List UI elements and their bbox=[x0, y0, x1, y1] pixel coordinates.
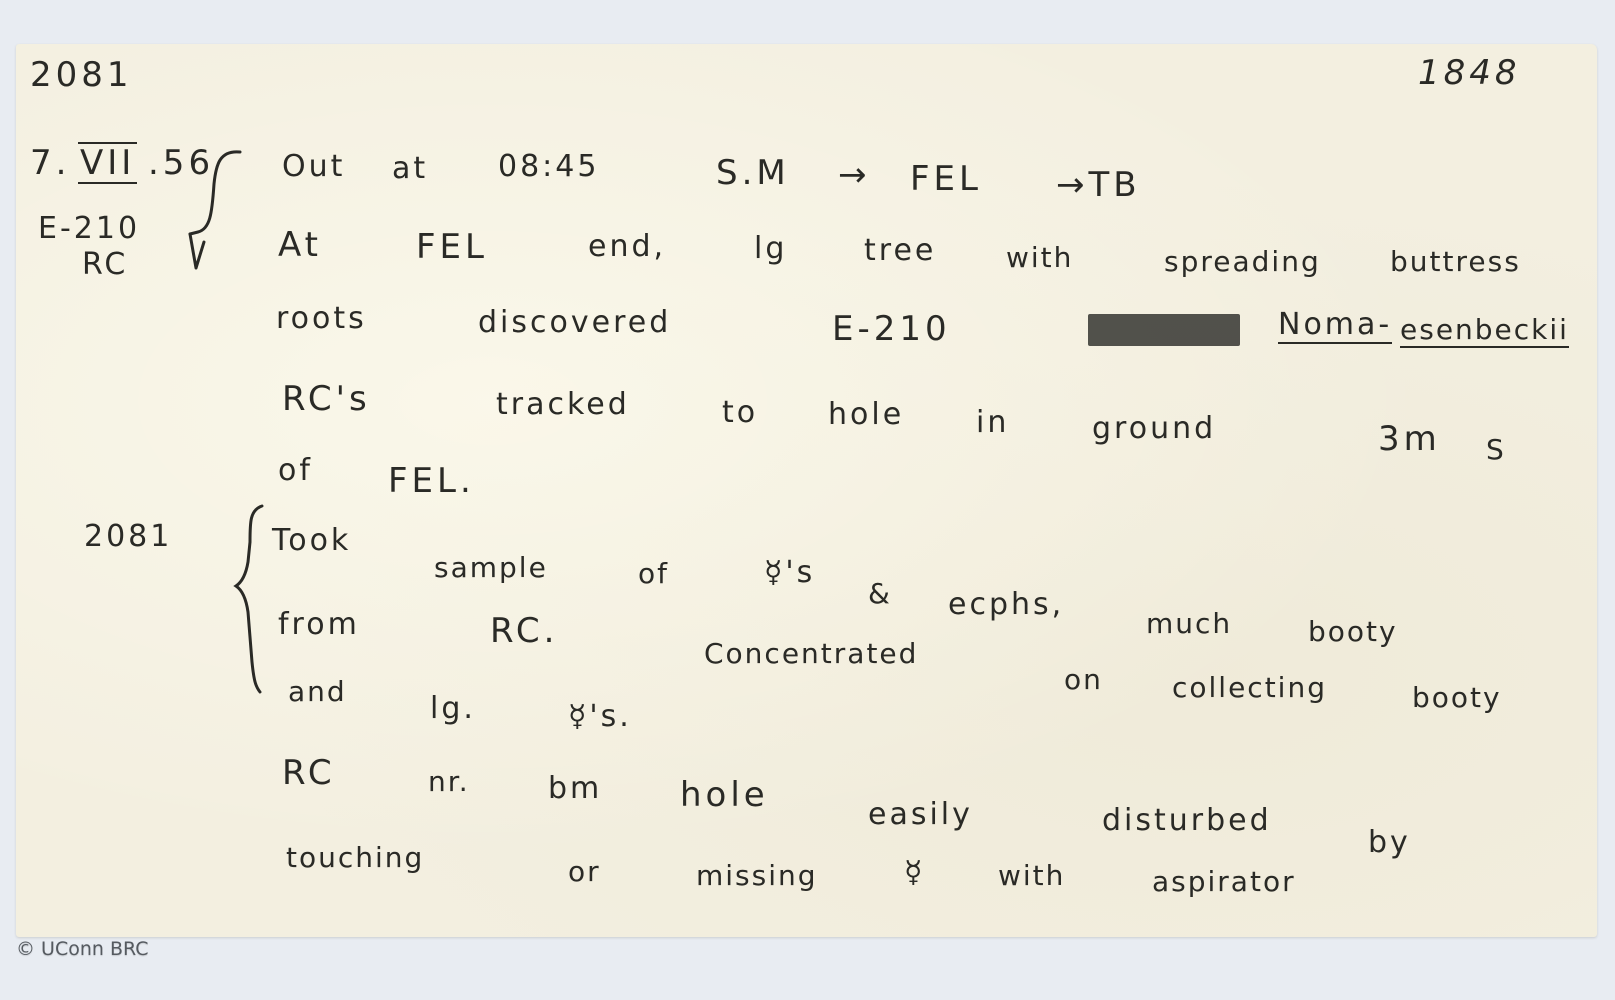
word: FEL bbox=[910, 162, 982, 196]
word: Out bbox=[282, 152, 345, 182]
word: to bbox=[722, 398, 758, 428]
archival-index-card: 2081 1848 7. VII .56 E-210 RC Out at 08:… bbox=[16, 44, 1597, 937]
word: S bbox=[1486, 436, 1506, 464]
word: ecphs, bbox=[948, 590, 1064, 620]
word: hole bbox=[828, 400, 904, 430]
curved-arrow-icon bbox=[176, 144, 246, 284]
date-day: 7. bbox=[30, 146, 70, 180]
word: E-210 bbox=[832, 312, 951, 346]
word: At bbox=[278, 228, 322, 262]
word: by bbox=[1368, 828, 1411, 858]
crossed-out-word bbox=[1088, 314, 1240, 346]
word: of bbox=[278, 456, 313, 486]
word: ground bbox=[1092, 414, 1216, 444]
word: tracked bbox=[496, 390, 630, 420]
margin-species-code: RC bbox=[82, 250, 128, 280]
word: easily bbox=[868, 800, 973, 830]
word: lg bbox=[754, 234, 787, 264]
word: →TB bbox=[1056, 168, 1141, 202]
date-month: VII bbox=[78, 142, 137, 184]
word: & bbox=[868, 580, 892, 608]
word: roots bbox=[276, 304, 367, 334]
word: missing bbox=[696, 862, 818, 890]
arrow-icon: → bbox=[838, 158, 871, 192]
copyright-notice: © UConn BRC bbox=[16, 938, 149, 960]
word: booty bbox=[1412, 684, 1502, 712]
word: booty bbox=[1308, 618, 1398, 646]
word: RC bbox=[282, 756, 336, 790]
word: bm bbox=[548, 774, 602, 804]
word: collecting bbox=[1172, 674, 1327, 702]
entry-number: 2081 bbox=[84, 522, 172, 552]
brace-icon bbox=[228, 502, 268, 702]
word: buttress bbox=[1390, 248, 1521, 276]
worker-symbol-icon: ☿'s bbox=[764, 558, 815, 588]
word: lg. bbox=[430, 694, 476, 724]
word: end, bbox=[588, 232, 666, 262]
word: sample bbox=[434, 554, 548, 582]
worker-symbol-icon: ☿ bbox=[904, 858, 925, 888]
word: in bbox=[976, 408, 1009, 438]
species-name: esenbeckii bbox=[1400, 316, 1569, 348]
word: touching bbox=[286, 844, 424, 872]
word: much bbox=[1146, 610, 1232, 638]
word: and bbox=[288, 678, 347, 706]
genus-name: Noma- bbox=[1278, 310, 1392, 344]
word: with bbox=[1006, 244, 1073, 272]
word: S.M bbox=[716, 156, 790, 190]
word: discovered bbox=[478, 308, 671, 338]
word: disturbed bbox=[1102, 806, 1272, 836]
word: of bbox=[638, 560, 669, 588]
word: RC. bbox=[490, 614, 558, 648]
word: hole bbox=[680, 778, 769, 812]
catalog-number-left: 2081 bbox=[30, 58, 133, 92]
word: with bbox=[998, 862, 1065, 890]
word: RC's bbox=[282, 382, 371, 416]
word: FEL. bbox=[388, 464, 475, 498]
word: 08:45 bbox=[498, 152, 599, 182]
word: aspirator bbox=[1152, 868, 1296, 896]
word: Concentrated bbox=[704, 640, 918, 668]
word: at bbox=[392, 154, 428, 184]
margin-specimen: E-210 bbox=[38, 214, 140, 244]
word: ☿'s. bbox=[568, 702, 632, 732]
word: nr. bbox=[428, 768, 470, 796]
word: Took bbox=[272, 526, 351, 556]
word: tree bbox=[864, 236, 936, 266]
word: spreading bbox=[1164, 248, 1321, 276]
catalog-number-right: 1848 bbox=[1418, 56, 1521, 90]
word: FEL bbox=[416, 230, 488, 264]
word: or bbox=[568, 858, 601, 886]
word: on bbox=[1064, 666, 1103, 694]
word: 3m bbox=[1378, 422, 1441, 456]
word: from bbox=[278, 610, 360, 640]
